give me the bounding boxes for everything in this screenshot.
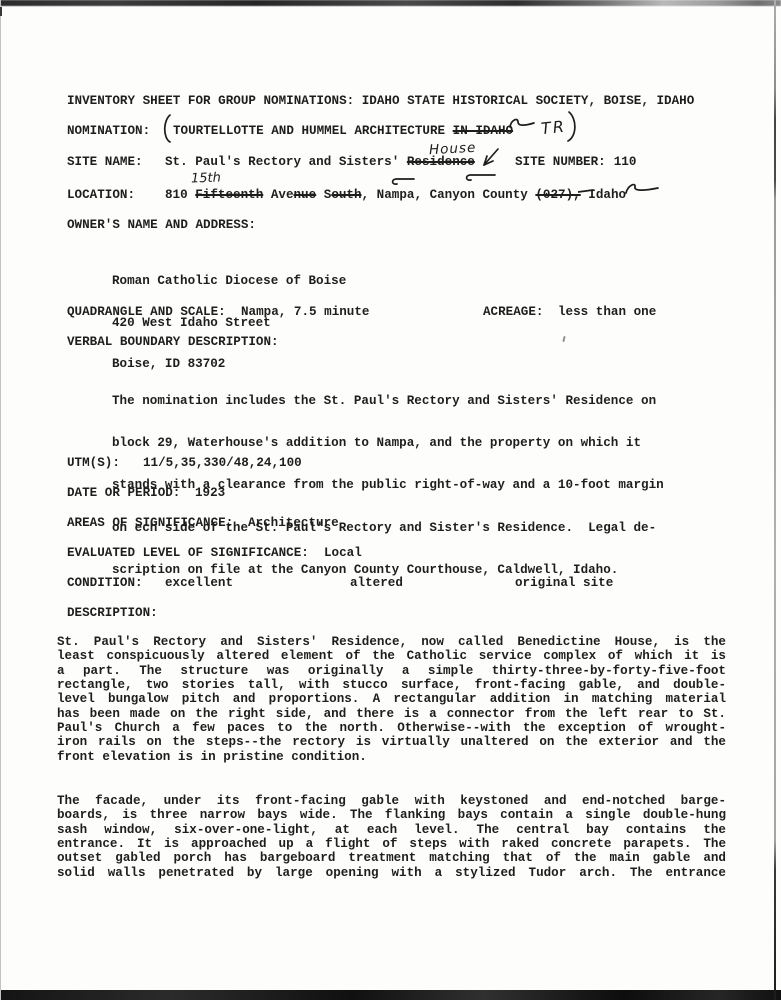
description-line: has been made on the right side, and the… [57,707,726,721]
location-struck-ave: nue [294,188,317,202]
date-or-period-label: DATE OR PERIOD: [67,487,180,500]
location-struck-street: Fifteenth [195,188,263,202]
hw-insertion-arrow-icon [479,147,501,168]
location-struck-south: outh [331,188,361,202]
nomination-value: TOURTELLOTTE AND HUMMEL ARCHITECTURE IN … [173,125,513,138]
description-line: rectangle, two stories tall, with stucco… [57,678,726,692]
areas-of-significance-value: Architecture [248,517,339,530]
acreage-value: less than one [558,306,656,319]
site-name-text: St. Paul's Rectory and Sisters' [165,155,407,169]
description-line: solid walls penetrated by large opening … [57,866,726,880]
scan-edge-top [0,0,781,6]
nomination-struck-text: IN IDAHO [453,124,513,138]
scan-edge-bottom [0,990,781,1000]
quadrangle-value: Nampa, 7.5 minute [241,306,369,319]
hw-hook-mark-nampa [388,176,416,188]
hw-deletion-pigtail-mark [509,117,536,130]
description-label: DESCRIPTION: [67,607,158,620]
description-line: St. Paul's Rectory and Sisters' Residenc… [57,635,726,649]
owner-label: OWNER'S NAME AND ADDRESS: [67,219,256,232]
owner-address-line: Roman Catholic Diocese of Boise [112,275,346,289]
scan-edge-left [0,0,1,1000]
condition-option-altered: altered [350,577,403,590]
verbal-boundary-label: VERBAL BOUNDARY DESCRIPTION: [67,336,279,349]
hw-site-name-correction: House [429,140,477,158]
description-paragraph-1: St. Paul's Rectory and Sisters' Residenc… [57,635,726,764]
site-number-value: 110 [614,155,637,169]
description-line: iron rails on the steps--the rectory is … [57,735,726,749]
verbal-boundary-line: The nomination includes the St. Paul's R… [112,394,664,408]
hw-deletion-pigtail-mark-idaho [625,181,661,196]
description-paragraph-2: The facade, under its front-facing gable… [57,794,726,880]
condition-label: CONDITION: [67,577,143,590]
scan-edge-left-tick [0,7,2,16]
page-title: INVENTORY SHEET FOR GROUP NOMINATIONS: I… [67,95,694,108]
location-value: 810 Fifteenth Avenue South, Nampa, Canyo… [165,189,626,202]
scan-edge-right [774,0,776,1000]
description-line: level bungalow pitch and proportions. A … [57,692,726,706]
site-name-label: SITE NAME: [67,156,143,169]
site-number-label: SITE NUMBER: [515,155,606,169]
hw-close-paren-mark [565,110,581,143]
stray-ink-speck [562,336,565,342]
scanned-inventory-sheet: INVENTORY SHEET FOR GROUP NOMINATIONS: I… [0,0,781,1000]
location-struck-code: (027), [535,188,580,202]
description-line: The facade, under its front-facing gable… [57,794,726,808]
verbal-boundary-line: scription on file at the Canyon County C… [112,563,664,577]
evaluated-level-value: Local [324,547,362,560]
verbal-boundary-line: block 29, Waterhouse's addition to Nampa… [112,436,664,450]
areas-of-significance-label: AREAS OF SIGNIFICANCE: [67,517,233,530]
location-city-county: , Nampa, Canyon County [362,188,536,202]
description-line: a part. The structure was originally a s… [57,664,726,678]
nomination-text: TOURTELLOTTE AND HUMMEL ARCHITECTURE [173,124,453,138]
utm-value: 11/5,35,330/48,24,100 [143,457,302,470]
location-label: LOCATION: [67,189,135,202]
hw-initials: TR [540,117,567,138]
description-line: Paul's Church a few paces to the north. … [57,721,726,735]
location-ave: Ave [263,188,293,202]
site-name-value: St. Paul's Rectory and Sisters' Residenc… [165,156,475,169]
hw-hook-mark-county [462,172,497,184]
quadrangle-label: QUADRANGLE AND SCALE: [67,306,226,319]
location-number: 810 [165,188,195,202]
location-s: S [316,188,331,202]
description-line: sash window, six-over-one-light, at each… [57,823,726,837]
condition-option-original-site: original site [515,577,613,590]
hw-street-correction: 15th [191,170,221,186]
evaluated-level-label: EVALUATED LEVEL OF SIGNIFICANCE: [67,547,309,560]
description-line: entrance. It is approached up a flight o… [57,837,726,851]
acreage-label: ACREAGE: [483,306,543,319]
nomination-label: NOMINATION: [67,125,150,138]
description-line: boards, is three narrow bays wide. The f… [57,808,726,822]
hw-strike-extension-mark [578,188,594,194]
date-or-period-value: 1923 [195,487,225,500]
utm-label: UTM(S): [67,457,120,470]
condition-option-excellent: excellent [165,577,233,590]
hw-open-paren-mark [159,113,173,144]
description-line: least conspicuously altered element of t… [57,649,726,663]
description-line: outset gabled porch has bargeboard treat… [57,851,726,865]
site-number-group: SITE NUMBER:110 [515,156,636,169]
